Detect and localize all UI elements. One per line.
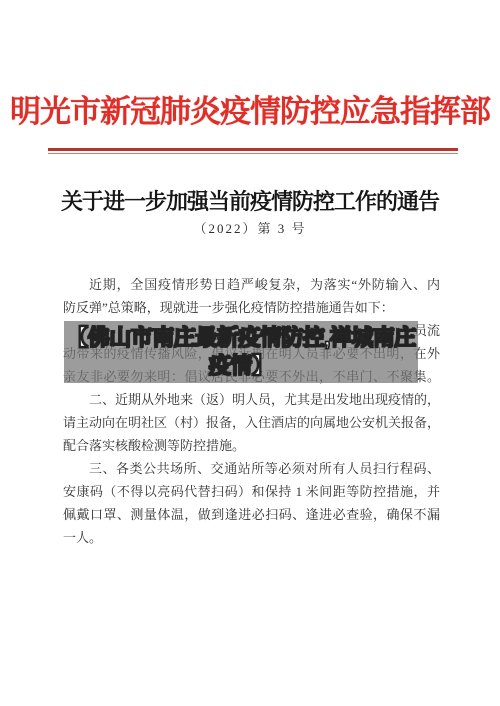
notice-body: 近期，全国疫情形势日趋严峻复杂，为落实“外防输入、内 防反弹”总策略，现就进一步…: [63, 273, 440, 549]
watermark-caption-line1: 【佛山市南庄最新疫情防控,禅城南庄: [40, 324, 442, 352]
watermark-caption: 【佛山市南庄最新疫情防控,禅城南庄 疫情】: [40, 324, 442, 380]
body-line: 配合落实核酸检测等防控措施。: [63, 434, 440, 457]
body-line: 防反弹”总策略，现就进一步强化疫情防控措施通告如下：: [63, 296, 440, 319]
scanned-notice-document: 明光市新冠肺炎疫情防控应急指挥部 关于进一步加强当前疫情防控工作的通告 （202…: [0, 0, 500, 706]
notice-title: 关于进一步加强当前疫情防控工作的通告: [0, 187, 500, 217]
letterhead-double-rule: [48, 148, 458, 154]
letterhead-agency-title: 明光市新冠肺炎疫情防控应急指挥部: [0, 91, 500, 133]
body-line: 一人。: [63, 526, 440, 549]
body-line: 安康码（不得以亮码代替扫码）和保持 1 米间距等防控措施，并: [63, 480, 440, 503]
rule-line-top: [48, 148, 458, 151]
body-line: 佩戴口罩、测量体温，做到逢进必扫码、逢进必查验，确保不漏: [63, 503, 440, 526]
body-line: 三、各类公共场所、交通站所等必须对所有人员扫行程码、: [63, 457, 440, 480]
notice-doc-number: （2022）第 3 号: [0, 220, 500, 238]
rule-line-bottom: [48, 153, 458, 155]
watermark-caption-line2: 疫情】: [40, 352, 442, 380]
body-line: 请主动向在明社区（村）报备，入住酒店的向属地公安机关报备，: [63, 411, 440, 434]
body-line: 二、近期从外地来（返）明人员，尤其是出发地出现疫情的，: [63, 388, 440, 411]
body-line: 近期，全国疫情形势日趋严峻复杂，为落实“外防输入、内: [63, 273, 440, 296]
